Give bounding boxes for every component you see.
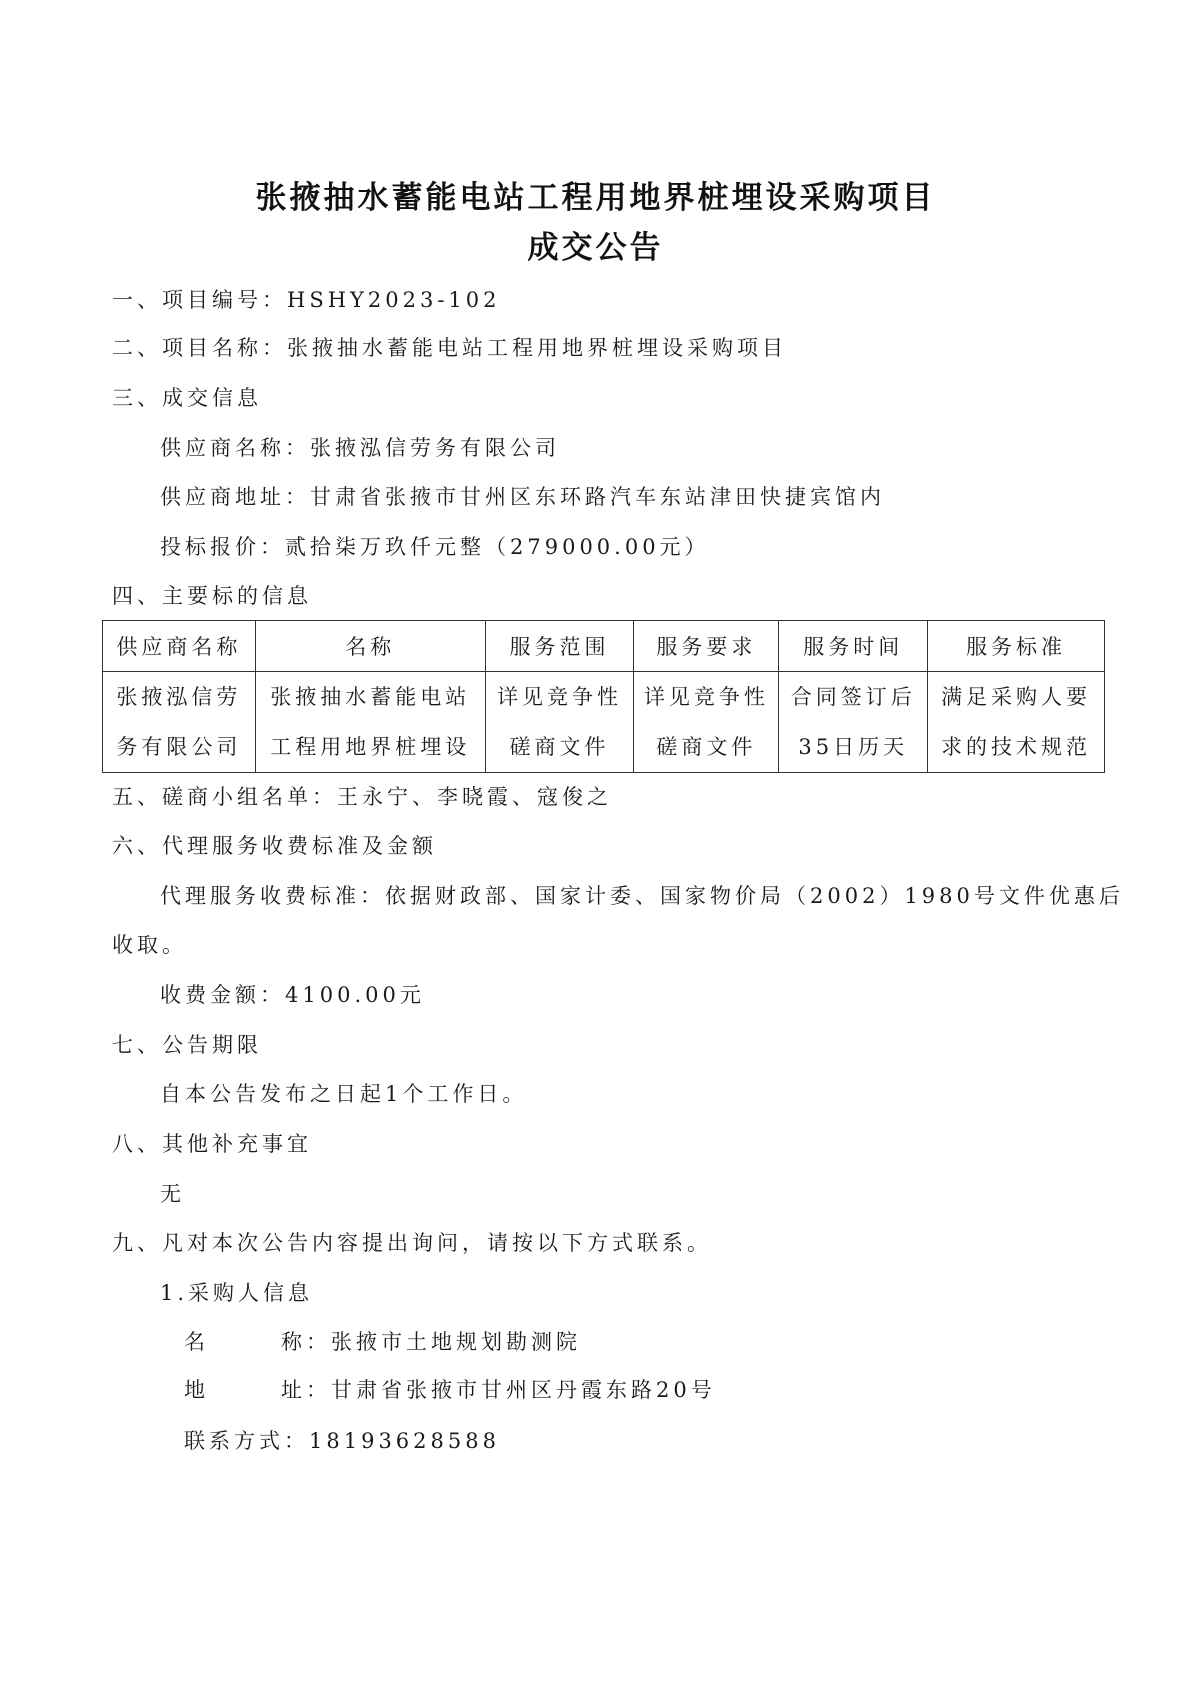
section-4-heading: 四、主要标的信息 [112, 581, 312, 611]
supplier-name: 供应商名称：张掖泓信劳务有限公司 [160, 433, 560, 463]
table-header-row: 供应商名称 名称 服务范围 服务要求 服务时间 服务标准 [103, 621, 1105, 672]
fee-standard-line-1: 代理服务收费标准：依据财政部、国家计委、国家物价局（2002）1980号文件优惠… [160, 881, 1124, 911]
bid-price-value: 贰拾柒万玖仟元整（279000.00元） [285, 535, 710, 559]
header-service-scope: 服务范围 [485, 621, 634, 672]
cell-text: 工程用地界桩埋设 [256, 722, 485, 772]
bid-price: 投标报价：贰拾柒万玖仟元整（279000.00元） [160, 532, 710, 562]
subject-info-table: 供应商名称 名称 服务范围 服务要求 服务时间 服务标准 张掖泓信劳 务有限公司… [102, 620, 1105, 773]
panel-members-value: 王永宁、李晓霞、寇俊之 [337, 785, 612, 809]
cell-text: 详见竞争性 [634, 672, 778, 722]
cell-supplier-name: 张掖泓信劳 务有限公司 [103, 672, 256, 773]
other-matters: 无 [160, 1179, 185, 1209]
cell-text: 35日历天 [779, 722, 927, 772]
section-7-heading: 七、公告期限 [112, 1030, 262, 1060]
supplier-address-label: 供应商地址： [160, 485, 310, 509]
purchaser-name-value: 张掖市土地规划勘测院 [331, 1330, 581, 1354]
supplier-name-value: 张掖泓信劳务有限公司 [310, 436, 560, 460]
cell-text: 张掖泓信劳 [103, 672, 255, 722]
cell-service-requirement: 详见竞争性 磋商文件 [634, 672, 779, 773]
purchaser-address: 地址：甘肃省张掖市甘州区丹霞东路20号 [184, 1375, 716, 1405]
section-3-heading: 三、成交信息 [112, 383, 262, 413]
purchaser-name-label-b: 称： [281, 1330, 331, 1354]
cell-text: 务有限公司 [103, 722, 255, 772]
cell-text: 张掖抽水蓄能电站 [256, 672, 485, 722]
cell-service-standard: 满足采购人要 求的技术规范 [928, 672, 1105, 773]
header-service-requirement: 服务要求 [634, 621, 779, 672]
bid-price-label: 投标报价： [160, 535, 285, 559]
section-6-heading: 六、代理服务收费标准及金额 [112, 831, 437, 861]
panel-members: 五、磋商小组名单：王永宁、李晓霞、寇俊之 [112, 782, 612, 812]
purchaser-info-heading: 1.采购人信息 [160, 1278, 313, 1308]
project-number-value: HSHY2023-102 [287, 288, 501, 312]
cell-text: 详见竞争性 [486, 672, 634, 722]
cell-text: 磋商文件 [634, 722, 778, 772]
cell-name: 张掖抽水蓄能电站 工程用地界桩埋设 [255, 672, 485, 773]
cell-text: 磋商文件 [486, 722, 634, 772]
supplier-address: 供应商地址：甘肃省张掖市甘州区东环路汽车东站津田快捷宾馆内 [160, 482, 885, 512]
project-number: 一、项目编号：HSHY2023-102 [112, 285, 501, 315]
fee-standard-line-2: 收取。 [112, 930, 187, 960]
purchaser-contact-label: 联系方式： [184, 1429, 309, 1453]
announcement-period: 自本公告发布之日起1个工作日。 [160, 1079, 527, 1109]
cell-text: 满足采购人要 [928, 672, 1104, 722]
purchaser-name: 名称：张掖市土地规划勘测院 [184, 1327, 581, 1357]
supplier-name-label: 供应商名称： [160, 436, 310, 460]
project-name-value: 张掖抽水蓄能电站工程用地界桩埋设采购项目 [287, 336, 787, 360]
panel-members-label: 五、磋商小组名单： [112, 785, 337, 809]
purchaser-address-label-b: 址： [281, 1378, 331, 1402]
purchaser-contact: 联系方式：18193628588 [184, 1426, 500, 1456]
table-row: 张掖泓信劳 务有限公司 张掖抽水蓄能电站 工程用地界桩埋设 详见竞争性 磋商文件… [103, 672, 1105, 773]
purchaser-address-value: 甘肃省张掖市甘州区丹霞东路20号 [331, 1378, 716, 1402]
section-8-heading: 八、其他补充事宜 [112, 1129, 312, 1159]
project-name: 二、项目名称：张掖抽水蓄能电站工程用地界桩埋设采购项目 [112, 333, 787, 363]
title-line-2: 成交公告 [0, 228, 1191, 268]
title-line-1: 张掖抽水蓄能电站工程用地界桩埋设采购项目 [0, 178, 1191, 218]
purchaser-contact-value: 18193628588 [309, 1429, 500, 1453]
supplier-address-value: 甘肃省张掖市甘州区东环路汽车东站津田快捷宾馆内 [310, 485, 885, 509]
purchaser-address-label-a: 地 [184, 1378, 209, 1402]
cell-text: 求的技术规范 [928, 722, 1104, 772]
cell-service-time: 合同签订后 35日历天 [779, 672, 928, 773]
project-number-label: 一、项目编号： [112, 288, 287, 312]
purchaser-name-label-a: 名 [184, 1330, 209, 1354]
header-service-standard: 服务标准 [928, 621, 1105, 672]
fee-amount-label: 收费金额： [160, 983, 285, 1007]
cell-text: 合同签订后 [779, 672, 927, 722]
project-name-label: 二、项目名称： [112, 336, 287, 360]
cell-service-scope: 详见竞争性 磋商文件 [485, 672, 634, 773]
section-9-heading: 九、凡对本次公告内容提出询问，请按以下方式联系。 [112, 1228, 712, 1258]
header-name: 名称 [255, 621, 485, 672]
fee-amount: 收费金额：4100.00元 [160, 980, 425, 1010]
header-supplier-name: 供应商名称 [103, 621, 256, 672]
fee-amount-value: 4100.00元 [285, 983, 425, 1007]
header-service-time: 服务时间 [779, 621, 928, 672]
